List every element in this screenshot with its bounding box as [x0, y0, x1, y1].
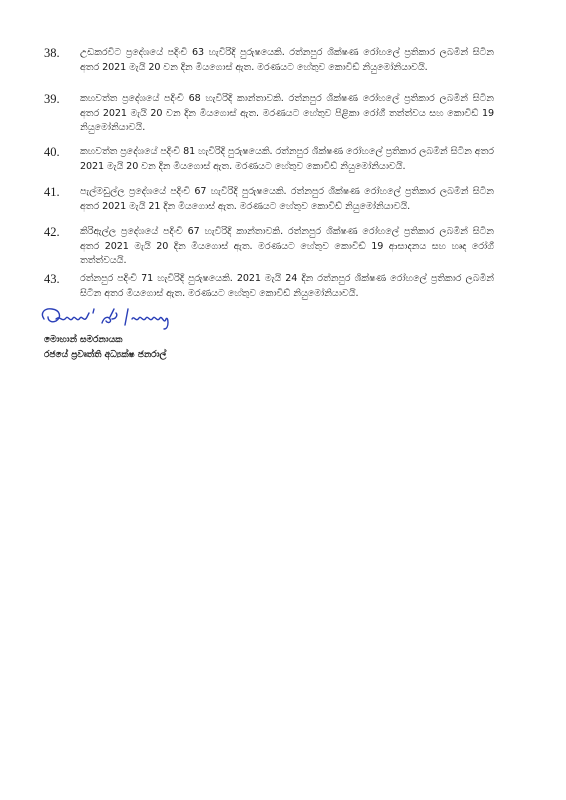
item-number: 43. — [44, 272, 60, 287]
item-text: කහවත්ත ප්‍රදේශයේ පදිංචි 81 හැවිරිදි පුරු… — [80, 145, 494, 174]
list-item: 39. කහවත්ත ප්‍රදේශයේ පදිංචි 68 හැවිරිදි … — [44, 92, 494, 136]
list-item: 40. කහවත්ත ප්‍රදේශයේ පදිංචි 81 හැවිරිදි … — [44, 145, 494, 174]
item-number: 41. — [44, 185, 60, 200]
list-item: 41. පැල්මඩුල්ල ප්‍රදේශයේ පදිංචි 67 හැවිර… — [44, 185, 494, 214]
item-text: කහවත්ත ප්‍රදේශයේ පදිංචි 68 හැවිරිදි කාන්… — [80, 92, 494, 136]
item-text: උඩකරවිට ප්‍රදේශයේ පදිංචි 63 හැවිරිදි පුර… — [80, 46, 494, 75]
item-number: 42. — [44, 225, 60, 240]
item-text: පැල්මඩුල්ල ප්‍රදේශයේ පදිංචි 67 හැවිරිදි … — [80, 185, 494, 214]
item-number: 40. — [44, 145, 60, 160]
document-page: 38. උඩකරවිට ප්‍රදේශයේ පදිංචි 63 හැවිරිදි… — [0, 0, 566, 800]
item-text: කිරිඇල්ල ප්‍රදේශයේ පදිංචි 67 හැවිරිදි කා… — [80, 225, 494, 269]
item-number: 39. — [44, 92, 60, 107]
list-item: 43. රත්නපුර පදිංචි 71 හැවිරිදි පුරුෂයෙකි… — [44, 272, 494, 301]
item-number: 38. — [44, 46, 60, 61]
signatory-name: මොහාන් සමරනායක — [44, 334, 122, 347]
signature-image — [38, 305, 198, 331]
list-item: 38. උඩකරවිට ප්‍රදේශයේ පදිංචි 63 හැවිරිදි… — [44, 46, 494, 75]
signatory-title: රජයේ ප්‍රවෘත්ති අධ්‍යක්ෂ ජනරාල් — [44, 349, 166, 362]
list-item: 42. කිරිඇල්ල ප්‍රදේශයේ පදිංචි 67 හැවිරිද… — [44, 225, 494, 269]
item-text: රත්නපුර පදිංචි 71 හැවිරිදි පුරුෂයෙකි. 20… — [80, 272, 494, 301]
